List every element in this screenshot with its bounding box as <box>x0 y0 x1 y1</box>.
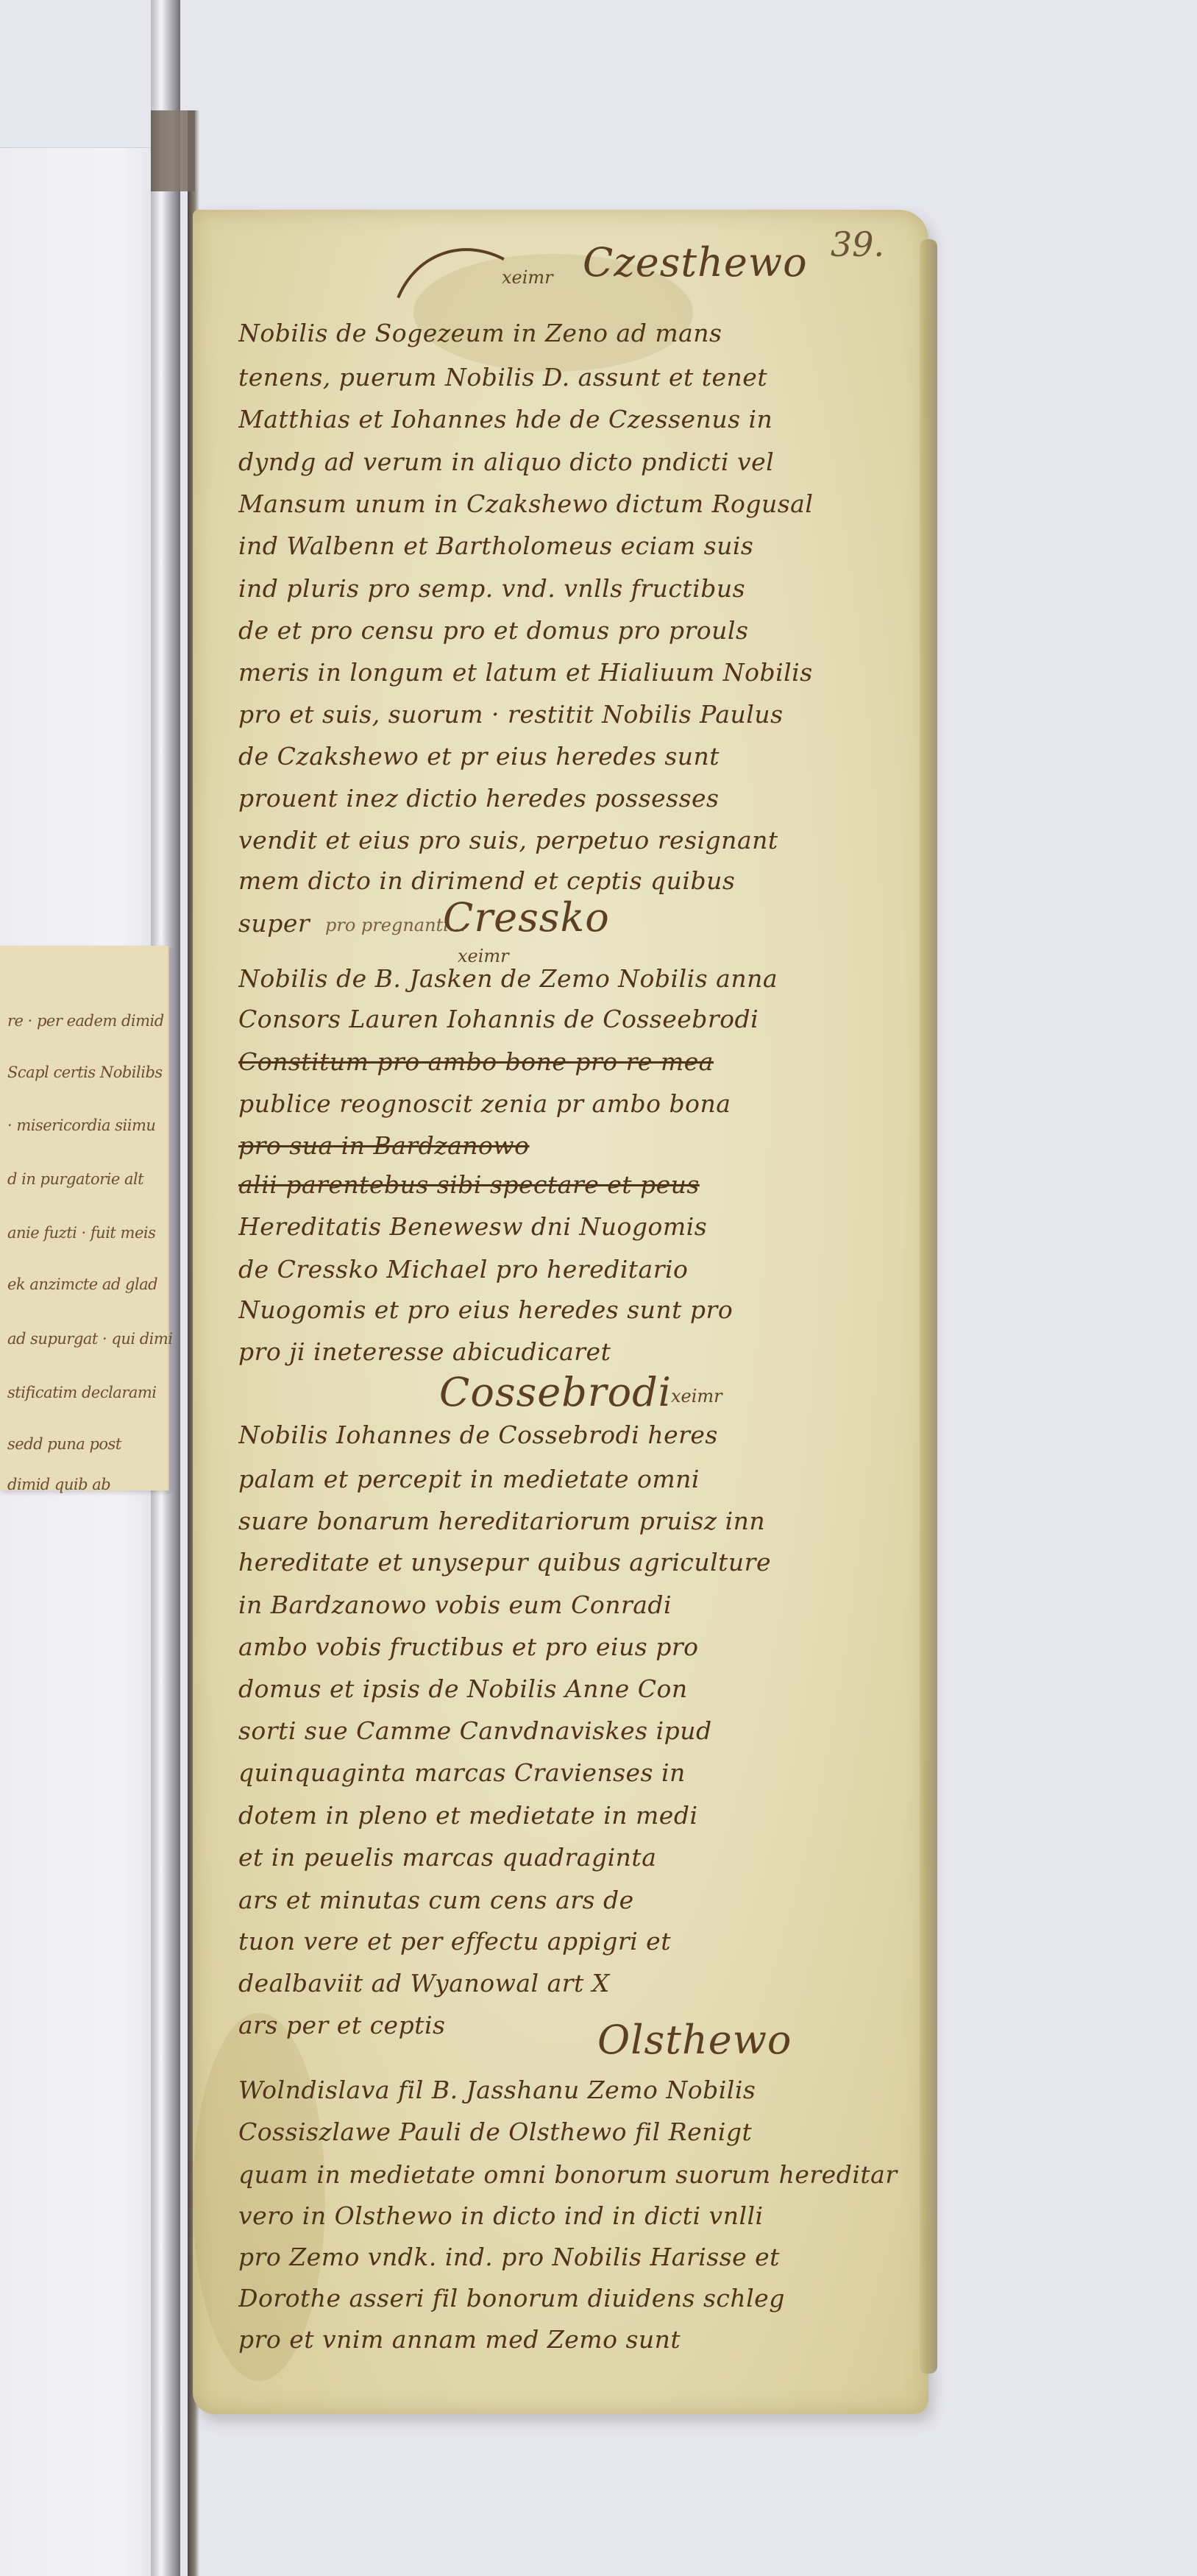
section-heading: Cressko <box>443 894 610 941</box>
text-line: Wolndislava fil B. Jasshanu Zemo Nobilis <box>238 2076 901 2104</box>
text-line: domus et ipsis de Nobilis Anne Con <box>238 1674 901 1703</box>
text-line: dealbaviit ad Wyanowal art X <box>238 1969 901 1998</box>
slip-line: d in purgatorie alt <box>7 1170 143 1188</box>
text-line: super <box>238 909 327 938</box>
section-subheading: xeimr <box>458 946 509 966</box>
text-line: Matthias et Iohannes hde de Czessenus in <box>238 405 901 434</box>
text-line: Cossiszlawe Pauli de Olsthewo fil Renigt <box>238 2117 901 2146</box>
slip-line: re · per eadem dimid <box>7 1012 164 1030</box>
text-line: Consors Lauren Iohannis de Cosseebrodi <box>238 1005 901 1033</box>
text-line: dotem in pleno et medietate in medi <box>238 1801 901 1830</box>
text-line: pro et vnim annam med Zemo sunt <box>238 2325 901 2354</box>
slip-line: dimid quib ab <box>7 1476 110 1493</box>
slip-line: sedd puna post <box>7 1435 121 1453</box>
attached-slip: re · per eadem dimid Scapl certis Nobili… <box>0 946 169 1490</box>
text-line: pro ji ineteresse abicudicaret <box>238 1337 901 1366</box>
text-line: suare bonarum hereditariorum pruisz inn <box>238 1507 901 1535</box>
manuscript-page: 39. xeimr Czesthewo Nobilis de Sogezeum … <box>193 210 928 2414</box>
slip-line: ek anzimcte ad glad <box>7 1275 157 1293</box>
text-line: ambo vobis fructibus et pro eius pro <box>238 1632 901 1661</box>
text-line: tuon vere et per effectu appigri et <box>238 1927 901 1956</box>
text-line-struck: Constitum pro ambo bone pro re mea <box>238 1047 901 1076</box>
folio-number: 39. <box>831 224 884 264</box>
section-heading: Czesthewo <box>583 239 808 286</box>
text-line: vero in Olsthewo in dicto ind in dicti v… <box>238 2201 901 2230</box>
slip-line: anie fuzti · fuit meis <box>7 1224 155 1242</box>
text-line: de Czakshewo et pr eius heredes sunt <box>238 742 901 771</box>
slip-line: stificatim declarami <box>7 1384 157 1401</box>
text-line: pro Zemo vndk. ind. pro Nobilis Harisse … <box>238 2243 901 2271</box>
section-subheading: xeimr <box>502 267 553 288</box>
text-line: prouent inez dictio heredes possesses <box>238 784 901 813</box>
slip-line: Scapl certis Nobilibs <box>7 1064 163 1081</box>
text-line: tenens, puerum Nobilis D. assunt et tene… <box>238 363 901 392</box>
text-line: publice reognoscit zenia pr ambo bona <box>238 1089 901 1118</box>
text-line: Nobilis de Sogezeum in Zeno ad mans <box>238 319 901 347</box>
text-line: dyndg ad verum in aliquo dicto pndicti v… <box>238 447 901 476</box>
text-line: vendit et eius pro suis, perpetuo resign… <box>238 826 901 854</box>
section-heading: Cossebrodi <box>439 1369 672 1415</box>
text-line: palam et percepit in medietate omni <box>238 1465 901 1493</box>
text-line: in Bardzanowo vobis eum Conradi <box>238 1590 901 1619</box>
text-line: Nuogomis et pro eius heredes sunt pro <box>238 1295 901 1324</box>
text-line: de et pro censu pro et domus pro prouls <box>238 616 901 645</box>
text-line: mem dicto in dirimend et ceptis quibus <box>238 866 901 895</box>
text-line-struck: alii parentebus sibi spectare et peus <box>238 1170 901 1199</box>
text-line: meris in longum et latum et Hialiuum Nob… <box>238 658 901 687</box>
text-line: Hereditatis Benewesw dni Nuogomis <box>238 1212 901 1241</box>
text-line: Nobilis Iohannes de Cossebrodi heres <box>238 1420 901 1449</box>
text-line: quam in medietate omni bonorum suorum he… <box>238 2160 901 2189</box>
text-line: ind pluris pro semp. vnd. vnlls fructibu… <box>238 574 901 603</box>
text-line: ars per et ceptis <box>238 2011 459 2039</box>
text-line: ars et minutas cum cens ars de <box>238 1886 901 1914</box>
page-edge <box>920 239 937 2374</box>
text-line-struck: pro sua in Bardzanowo <box>238 1131 901 1160</box>
section-heading: Olsthewo <box>597 2017 792 2063</box>
text-line: Dorothe asseri fil bonorum diuidens schl… <box>238 2284 901 2313</box>
slip-line: · misericordia siimu <box>7 1117 155 1134</box>
section-subheading: xeimr <box>671 1386 722 1406</box>
text-line: Nobilis de B. Jasken de Zemo Nobilis ann… <box>238 964 901 993</box>
slip-line: ad supurgat · qui dimi <box>7 1330 173 1348</box>
text-line: ind Walbenn et Bartholomeus eciam suis <box>238 531 901 560</box>
text-line: de Cressko Michael pro hereditario <box>238 1255 901 1284</box>
text-line: Mansum unum in Czakshewo dictum Rogusal <box>238 489 901 518</box>
binding-clamp <box>151 110 195 191</box>
text-line: hereditate et unysepur quibus agricultur… <box>238 1548 901 1577</box>
text-line: quinquaginta marcas Cravienses in <box>238 1758 901 1787</box>
text-line: sorti sue Camme Canvdnaviskes ipud <box>238 1716 901 1745</box>
text-line: pro et suis, suorum · restitit Nobilis P… <box>238 700 901 729</box>
text-line: et in peuelis marcas quadraginta <box>238 1843 901 1872</box>
